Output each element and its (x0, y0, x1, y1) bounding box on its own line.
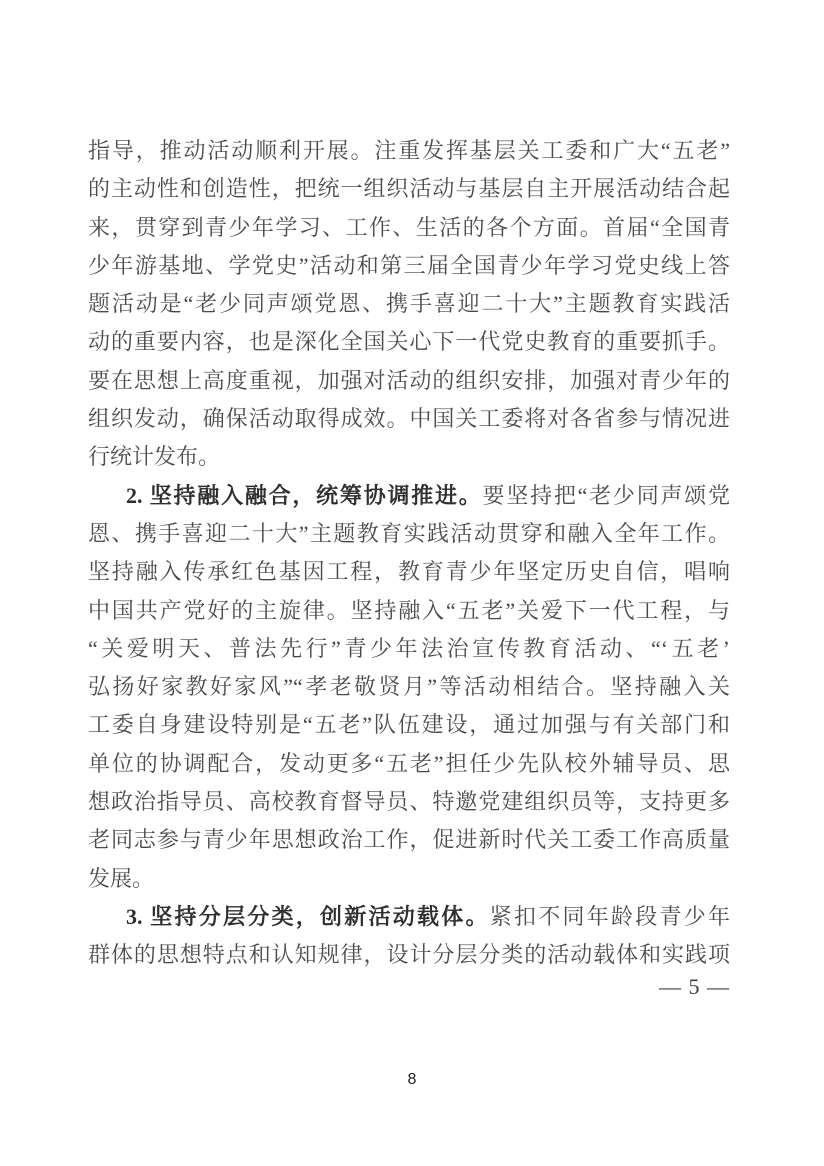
clause-heading: 2. 坚持融入融合，统筹协调推进。 (126, 483, 483, 508)
text-line: 3. 坚持分层分类，创新活动载体。紧扣不同年龄段青少年 (88, 898, 730, 936)
text-line: 指导，推动活动顺利开展。注重发挥基层关工委和广大“五老” (88, 132, 730, 170)
text-line: 行统计发布。 (88, 438, 730, 476)
text-line: 来，贯穿到青少年学习、工作、生活的各个方面。首届“全国青 (88, 209, 730, 247)
text-line: 恩、携手喜迎二十大”主题教育实践活动贯穿和融入全年工作。 (88, 515, 730, 553)
text-line: 坚持融入传承红色基因工程，教育青少年坚定历史自信，唱响 (88, 553, 730, 591)
page-number-label: — 5 — (88, 974, 730, 1000)
viewer-page-number: 8 (0, 1071, 824, 1089)
text-line: “关爱明天、普法先行”青少年法治宣传教育活动、“‘五老’ (88, 630, 730, 668)
text-line: 工委自身建设特别是“五老”队伍建设，通过加强与有关部门和 (88, 706, 730, 744)
text-line: 少年游基地、学党史”活动和第三届全国青少年学习党史线上答 (88, 247, 730, 285)
document-page: 指导，推动活动顺利开展。注重发挥基层关工委和广大“五老”的主动性和创造性，把统一… (0, 0, 824, 1166)
text-line: 动的重要内容，也是深化全国关心下一代党史教育的重要抓手。 (88, 323, 730, 361)
text-line: 想政治指导员、高校教育督导员、特邀党建组织员等，支持更多 (88, 783, 730, 821)
text-line: 题活动是“老少同声颂党恩、携手喜迎二十大”主题教育实践活 (88, 285, 730, 323)
text-line: 的主动性和创造性，把统一组织活动与基层自主开展活动结合起 (88, 170, 730, 208)
text-line: 中国共产党好的主旋律。坚持融入“五老”关爱下一代工程，与 (88, 592, 730, 630)
text-line: 发展。 (88, 860, 730, 898)
text-line: 要在思想上高度重视，加强对活动的组织安排，加强对青少年的 (88, 362, 730, 400)
text-line: 组织发动，确保活动取得成效。中国关工委将对各省参与情况进 (88, 400, 730, 438)
text-line: 老同志参与青少年思想政治工作，促进新时代关工委工作高质量 (88, 821, 730, 859)
text-line: 2. 坚持融入融合，统筹协调推进。要坚持把“老少同声颂党 (88, 477, 730, 515)
text-line: 群体的思想特点和认知规律，设计分层分类的活动载体和实践项 (88, 936, 730, 974)
body-text-block: 指导，推动活动顺利开展。注重发挥基层关工委和广大“五老”的主动性和创造性，把统一… (88, 132, 730, 975)
clause-heading: 3. 坚持分层分类，创新活动载体。 (126, 904, 490, 929)
text-line: 单位的协调配合，发动更多“五老”担任少先队校外辅导员、思 (88, 745, 730, 783)
text-line: 弘扬好家教好家风”“孝老敬贤月”等活动相结合。坚持融入关 (88, 668, 730, 706)
